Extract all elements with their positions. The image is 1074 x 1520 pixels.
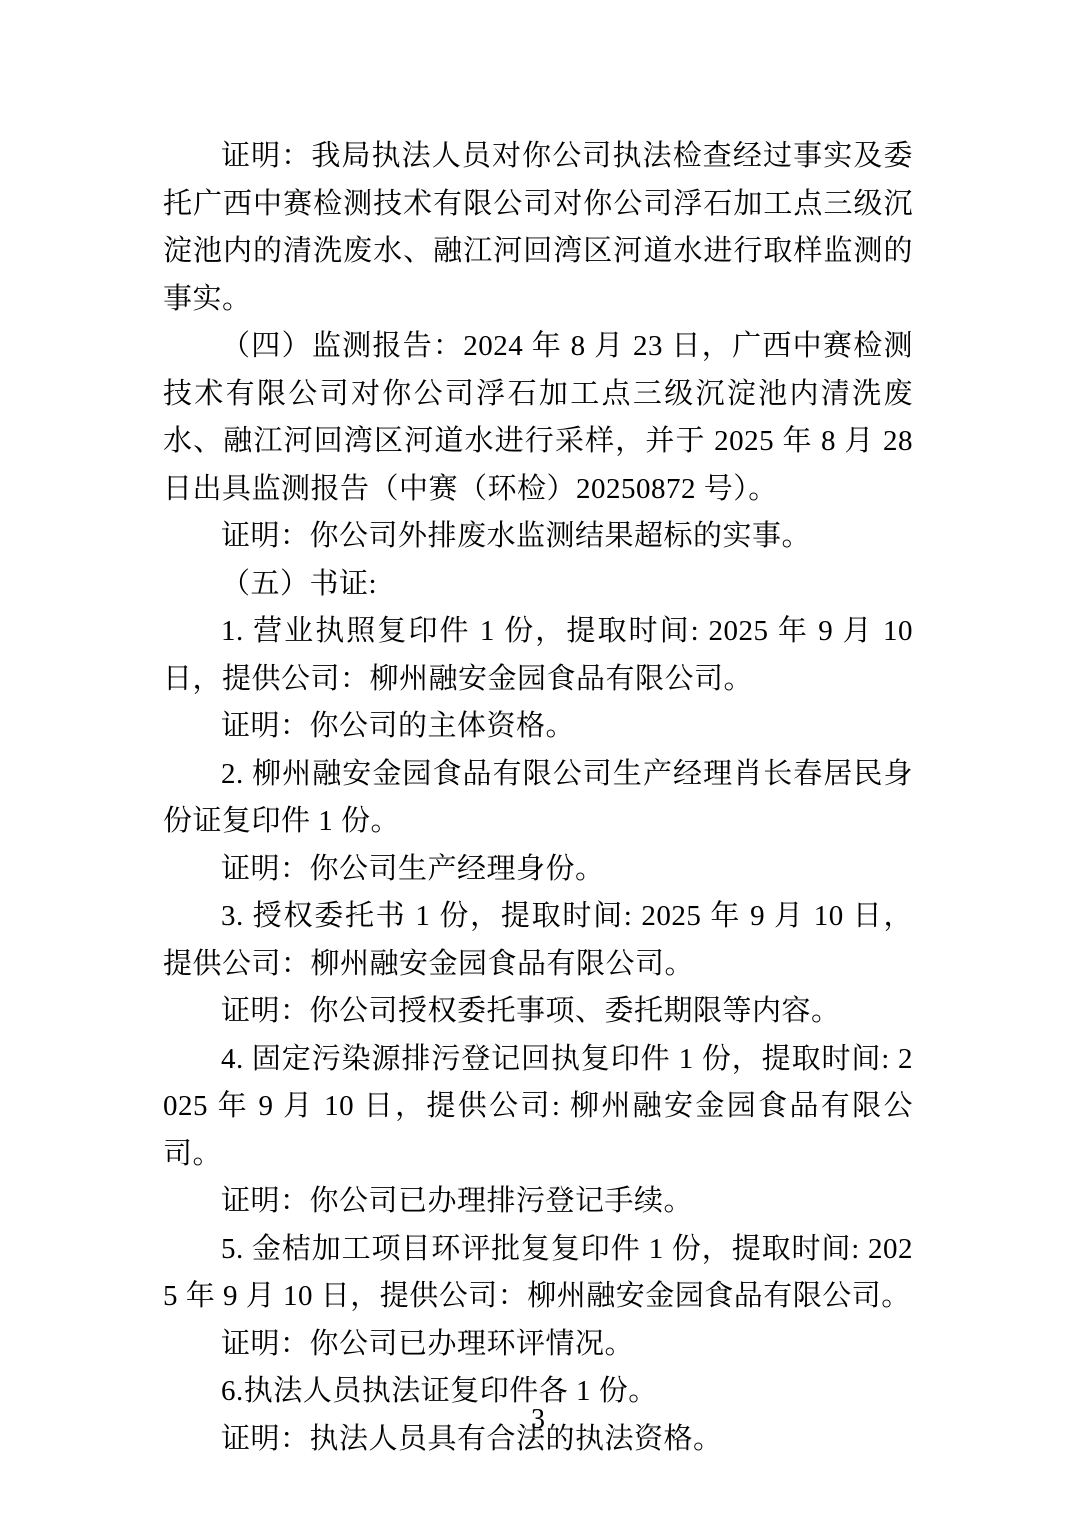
paragraph-item-5-eia-approval: 5. 金桔加工项目环评批复复印件 1 份，提取时间: 2025 年 9 月 10… (163, 1226, 913, 1321)
paragraph-proof-eia-status: 证明：你公司已办理环评情况。 (163, 1321, 913, 1369)
paragraph-proof-authorization-scope: 证明：你公司授权委托事项、委托期限等内容。 (163, 988, 913, 1036)
paragraph-item-4-pollution-registration: 4. 固定污染源排污登记回执复印件 1 份，提取时间: 2025 年 9 月 1… (163, 1036, 913, 1179)
document-page: 证明：我局执法人员对你公司执法检查经过事实及委托广西中赛检测技术有限公司对你公司… (0, 0, 1074, 1520)
paragraph-proof-inspection: 证明：我局执法人员对你公司执法检查经过事实及委托广西中赛检测技术有限公司对你公司… (163, 133, 913, 323)
paragraph-item-1-business-license: 1. 营业执照复印件 1 份，提取时间: 2025 年 9 月 10 日，提供公… (163, 608, 913, 703)
page-number: 3 (163, 1400, 913, 1440)
paragraph-proof-exceed-standard: 证明：你公司外排废水监测结果超标的实事。 (163, 513, 913, 561)
document-body: 证明：我局执法人员对你公司执法检查经过事实及委托广西中赛检测技术有限公司对你公司… (163, 133, 913, 1463)
paragraph-item-2-id-copy: 2. 柳州融安金园食品有限公司生产经理肖长春居民身份证复印件 1 份。 (163, 751, 913, 846)
paragraph-documentary-evidence-heading: （五）书证: (163, 561, 913, 609)
paragraph-item-3-authorization-letter: 3. 授权委托书 1 份，提取时间: 2025 年 9 月 10 日，提供公司：… (163, 893, 913, 988)
paragraph-monitoring-report: （四）监测报告：2024 年 8 月 23 日，广西中赛检测技术有限公司对你公司… (163, 323, 913, 513)
paragraph-proof-manager-identity: 证明：你公司生产经理身份。 (163, 846, 913, 894)
paragraph-proof-registration-done: 证明：你公司已办理排污登记手续。 (163, 1178, 913, 1226)
paragraph-proof-subject-qualification: 证明：你公司的主体资格。 (163, 703, 913, 751)
